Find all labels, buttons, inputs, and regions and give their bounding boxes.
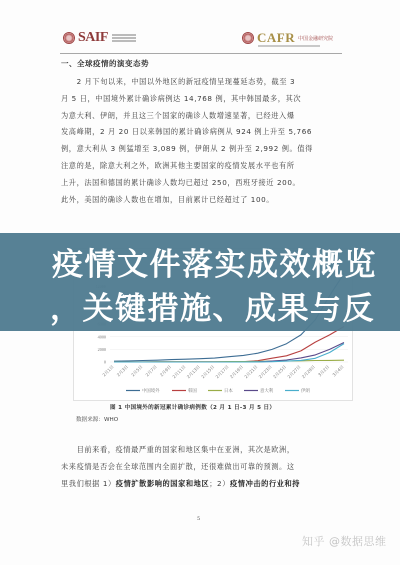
paragraph-2: 目前来看，疫情最严重的国家和地区集中在亚洲，其次是欧洲， 未来疫情是否会在全球范…: [61, 442, 343, 492]
paragraph-1: 2 月下旬以来，中国以外地区的新冠疫情呈现蔓延态势，截至 3 月 5 日，中国境…: [61, 74, 343, 208]
legend-label: 意大利: [260, 387, 274, 394]
x-tick-label: 2月17日: [214, 363, 231, 380]
saif-subtitle: [112, 33, 136, 43]
paragraph-line: 里我们根据 1）疫情扩散影响的国家和地区；2）疫情冲击的行业和持: [61, 476, 343, 493]
cafr-logo: CAFR 中国金融研究院: [242, 30, 333, 46]
y-tick-label: 2000: [98, 347, 106, 352]
x-tick-label: 2月23日: [257, 363, 274, 380]
x-tick-label: 2月1日: [101, 363, 116, 378]
x-tick-label: 2月5日: [130, 363, 145, 378]
banner-title-line-1: 疫情文件落实成效概览: [52, 243, 392, 287]
x-tick-label: 2月3日: [115, 363, 130, 378]
text-run: 里我们根据 1）: [61, 479, 116, 488]
paragraph-line: 月 5 日，中国境外累计确诊病例达 14,768 例，其中韩国最多，其次: [61, 91, 343, 108]
header-divider: [60, 53, 342, 54]
x-tick-label: 3月2日: [316, 363, 331, 378]
legend-label: 伊朗: [301, 387, 310, 394]
paragraph-line: 为意大利、伊朗，并且这三个国家的确诊人数增速显著，已经进入爆: [61, 108, 343, 125]
x-tick-label: 2月27日: [286, 363, 303, 380]
paragraph-line: 目前来看，疫情最严重的国家和地区集中在亚洲，其次是欧洲，: [61, 442, 343, 459]
saif-logo: SAIF: [63, 30, 136, 46]
cafr-logo-text: CAFR: [257, 30, 295, 46]
section-title: 一、全球疫情的演变态势: [61, 58, 149, 69]
paragraph-line: 未来疫情是否会在全球范围内全面扩散，还很难做出可靠的预测。这: [61, 459, 343, 476]
bold-text-run: 疫情扩散影响的国家和地区: [116, 479, 209, 488]
x-tick-label: 2月7日: [144, 363, 159, 378]
x-tick-label: 2月21日: [243, 363, 260, 380]
x-tick-label: 2月11日: [171, 363, 188, 380]
paragraph-line: 例，意大利从 3 例猛增至 3,089 例，伊朗从 2 例升至 2,992 例。…: [61, 141, 343, 158]
zhihu-watermark: 知乎 @数据思维: [302, 533, 387, 549]
legend-label: 中国境外: [142, 387, 160, 394]
paragraph-line: 注意的是，除意大利之外，欧洲其他主要国家的疫情发展水平也有所: [61, 158, 343, 175]
x-tick-label: 2月19日: [228, 363, 245, 380]
x-tick-label: 3月4日: [331, 363, 346, 378]
bold-text-run: 疫情冲击的行业和持: [230, 479, 300, 488]
paragraph-line: 此外，美国的确诊人数也在增加，目前累计已经超过了 100。: [61, 192, 343, 209]
chart-source: 数据来源：WHO: [76, 415, 118, 423]
paragraph-line: 2 月下旬以来，中国以外地区的新冠疫情呈现蔓延态势，截至 3: [61, 74, 343, 91]
y-tick-label: 4000: [98, 334, 106, 339]
legend-label: 韩国: [188, 387, 197, 394]
saif-seal-icon: [63, 32, 75, 44]
banner-title: 疫情文件落实成效概览 ，关键措施、成果与反: [52, 243, 392, 331]
document-header: SAIF CAFR 中国金融研究院: [60, 26, 342, 54]
series-line: [114, 344, 344, 362]
chart-caption: 图 1 中国境外的新冠累计确诊病例数（2 月 1 日-3 月 5 日）: [110, 403, 275, 411]
x-tick-label: 2月25日: [271, 363, 288, 380]
saif-logo-text: SAIF: [78, 30, 108, 46]
paragraph-line: 上升，法国和德国的累计确诊人数均已超过 250，西班牙接近 200。: [61, 175, 343, 192]
legend-label: 日本: [224, 387, 233, 394]
x-tick-label: 2月29日: [300, 363, 317, 380]
banner-title-line-2: ，关键措施、成果与反: [50, 287, 392, 331]
paragraph-line: 发高峰期，2 月 20 日以来韩国的累计确诊病例从 924 例上升至 5,766: [61, 124, 343, 141]
cafr-seal-icon: [242, 32, 254, 44]
page-number: 5: [197, 516, 200, 522]
y-tick-label: 0: [104, 360, 106, 365]
x-tick-label: 2月15日: [200, 363, 217, 380]
text-run: ；2）: [209, 479, 230, 488]
cafr-logo-cn: 中国金融研究院: [298, 35, 333, 42]
x-tick-label: 2月13日: [185, 363, 202, 380]
cafr-english-subtitle: [258, 45, 320, 47]
